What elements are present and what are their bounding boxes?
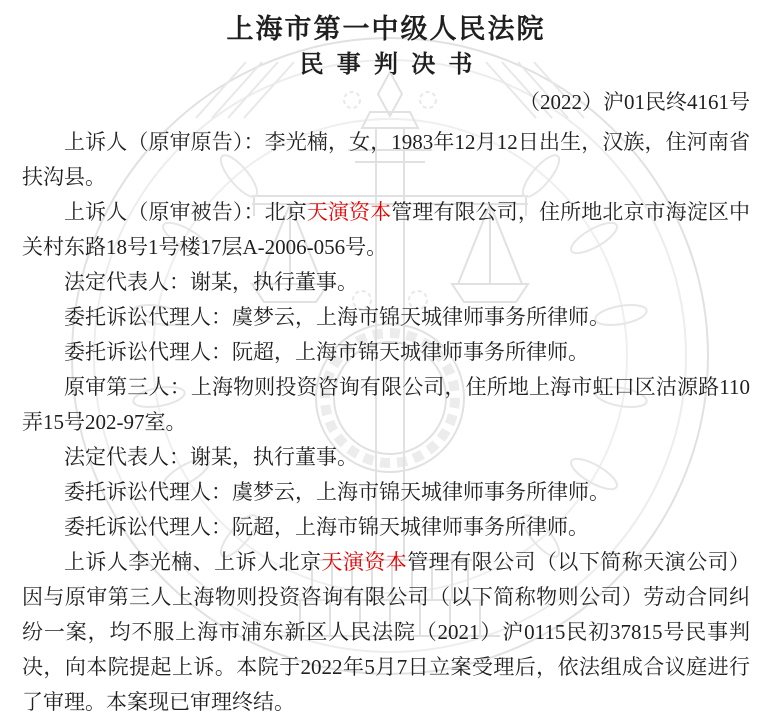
paragraph-text: 委托诉讼代理人：虞梦云，上海市锦天城律师事务所律师。 <box>64 305 610 329</box>
document-type-title: 民事判决书 <box>22 50 750 80</box>
paragraph: 委托诉讼代理人：阮超，上海市锦天城律师事务所律师。 <box>22 510 750 545</box>
judgment-page: 上海市第一中级人民法院 民事判决书 （2022）沪01民终4161号 上诉人（原… <box>0 0 772 720</box>
paragraph: 上诉人（原审被告）：北京天演资本管理有限公司，住所地北京市海淀区中关村东路18号… <box>22 195 750 265</box>
paragraph: 上诉人李光楠、上诉人北京天演资本管理有限公司（以下简称天演公司）因与原审第三人上… <box>22 545 750 720</box>
paragraph-text: 委托诉讼代理人：虞梦云，上海市锦天城律师事务所律师。 <box>64 480 610 504</box>
paragraph: 法定代表人：谢某，执行董事。 <box>22 265 750 300</box>
paragraph-text: 原审第三人：上海物则投资咨询有限公司，住所地上海市虹口区沽源路110弄15号20… <box>22 375 750 434</box>
paragraph-text: 委托诉讼代理人：阮超，上海市锦天城律师事务所律师。 <box>64 515 589 539</box>
paragraph-text: 法定代表人：谢某，执行董事。 <box>64 270 358 294</box>
document-body: 上诉人（原审原告）：李光楠，女，1983年12月12日出生，汉族，住河南省扶沟县… <box>22 125 750 720</box>
paragraph: 委托诉讼代理人：阮超，上海市锦天城律师事务所律师。 <box>22 335 750 370</box>
paragraph-text: 上诉人李光楠、上诉人北京 <box>64 550 321 574</box>
highlighted-company-name: 天演资本 <box>307 200 391 224</box>
paragraph-text: 上诉人（原审原告）：李光楠，女，1983年12月12日出生，汉族，住河南省扶沟县… <box>22 130 750 189</box>
paragraph: 上诉人（原审原告）：李光楠，女，1983年12月12日出生，汉族，住河南省扶沟县… <box>22 125 750 195</box>
paragraph: 委托诉讼代理人：虞梦云，上海市锦天城律师事务所律师。 <box>22 475 750 510</box>
paragraph: 委托诉讼代理人：虞梦云，上海市锦天城律师事务所律师。 <box>22 300 750 335</box>
case-number: （2022）沪01民终4161号 <box>22 89 750 115</box>
paragraph: 原审第三人：上海物则投资咨询有限公司，住所地上海市虹口区沽源路110弄15号20… <box>22 370 750 440</box>
paragraph-text: 法定代表人：谢某，执行董事。 <box>64 445 358 469</box>
paragraph: 法定代表人：谢某，执行董事。 <box>22 440 750 475</box>
paragraph-text: 委托诉讼代理人：阮超，上海市锦天城律师事务所律师。 <box>64 340 589 364</box>
court-name: 上海市第一中级人民法院 <box>22 12 750 46</box>
document-content: 上海市第一中级人民法院 民事判决书 （2022）沪01民终4161号 上诉人（原… <box>0 0 772 720</box>
paragraph-text: 管理有限公司（以下简称天演公司）因与原审第三人上海物则投资咨询有限公司（以下简称… <box>22 550 750 714</box>
paragraph-text: 上诉人（原审被告）：北京 <box>64 200 307 224</box>
highlighted-company-name: 天演资本 <box>321 550 407 574</box>
